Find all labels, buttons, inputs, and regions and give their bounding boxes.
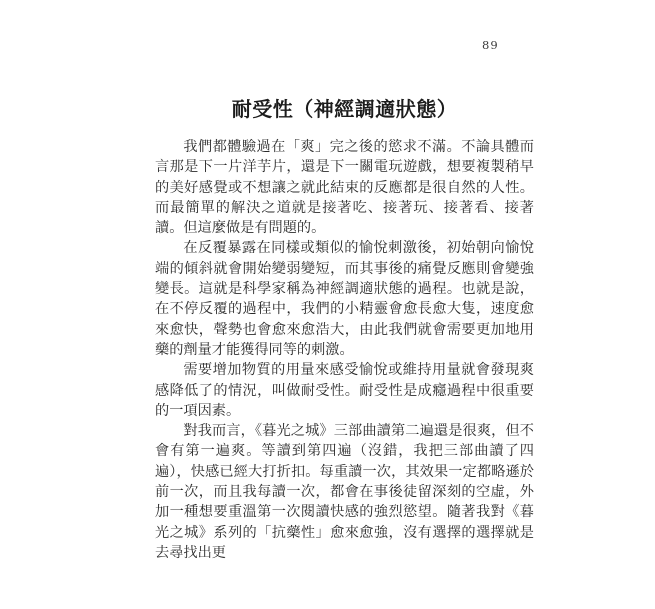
paragraph-1: 我們都體驗過在「爽」完之後的慾求不滿。不論具體而言那是下一片洋芋片，還是下一關電… bbox=[155, 137, 534, 238]
book-page: 89 耐受性（神經調適狀態） 我們都體驗過在「爽」完之後的慾求不滿。不論具體而言… bbox=[0, 0, 655, 609]
paragraph-3: 需要增加物質的用量來感受愉悅或維持用量就會發現爽感降低了的情況，叫做耐受性。耐受… bbox=[155, 360, 534, 421]
paragraph-4: 對我而言，《暮光之城》三部曲讀第二遍還是很爽，但不會有第一遍爽。等讀到第四遍（沒… bbox=[155, 421, 534, 563]
section-title: 耐受性（神經調適狀態） bbox=[155, 93, 534, 122]
paragraph-2: 在反覆暴露在同樣或類似的愉悅刺激後，初始朝向愉悅端的傾斜就會開始變弱變短，而其事… bbox=[155, 238, 534, 360]
page-number: 89 bbox=[482, 38, 499, 52]
body-text: 我們都體驗過在「爽」完之後的慾求不滿。不論具體而言那是下一片洋芋片，還是下一關電… bbox=[155, 137, 534, 563]
